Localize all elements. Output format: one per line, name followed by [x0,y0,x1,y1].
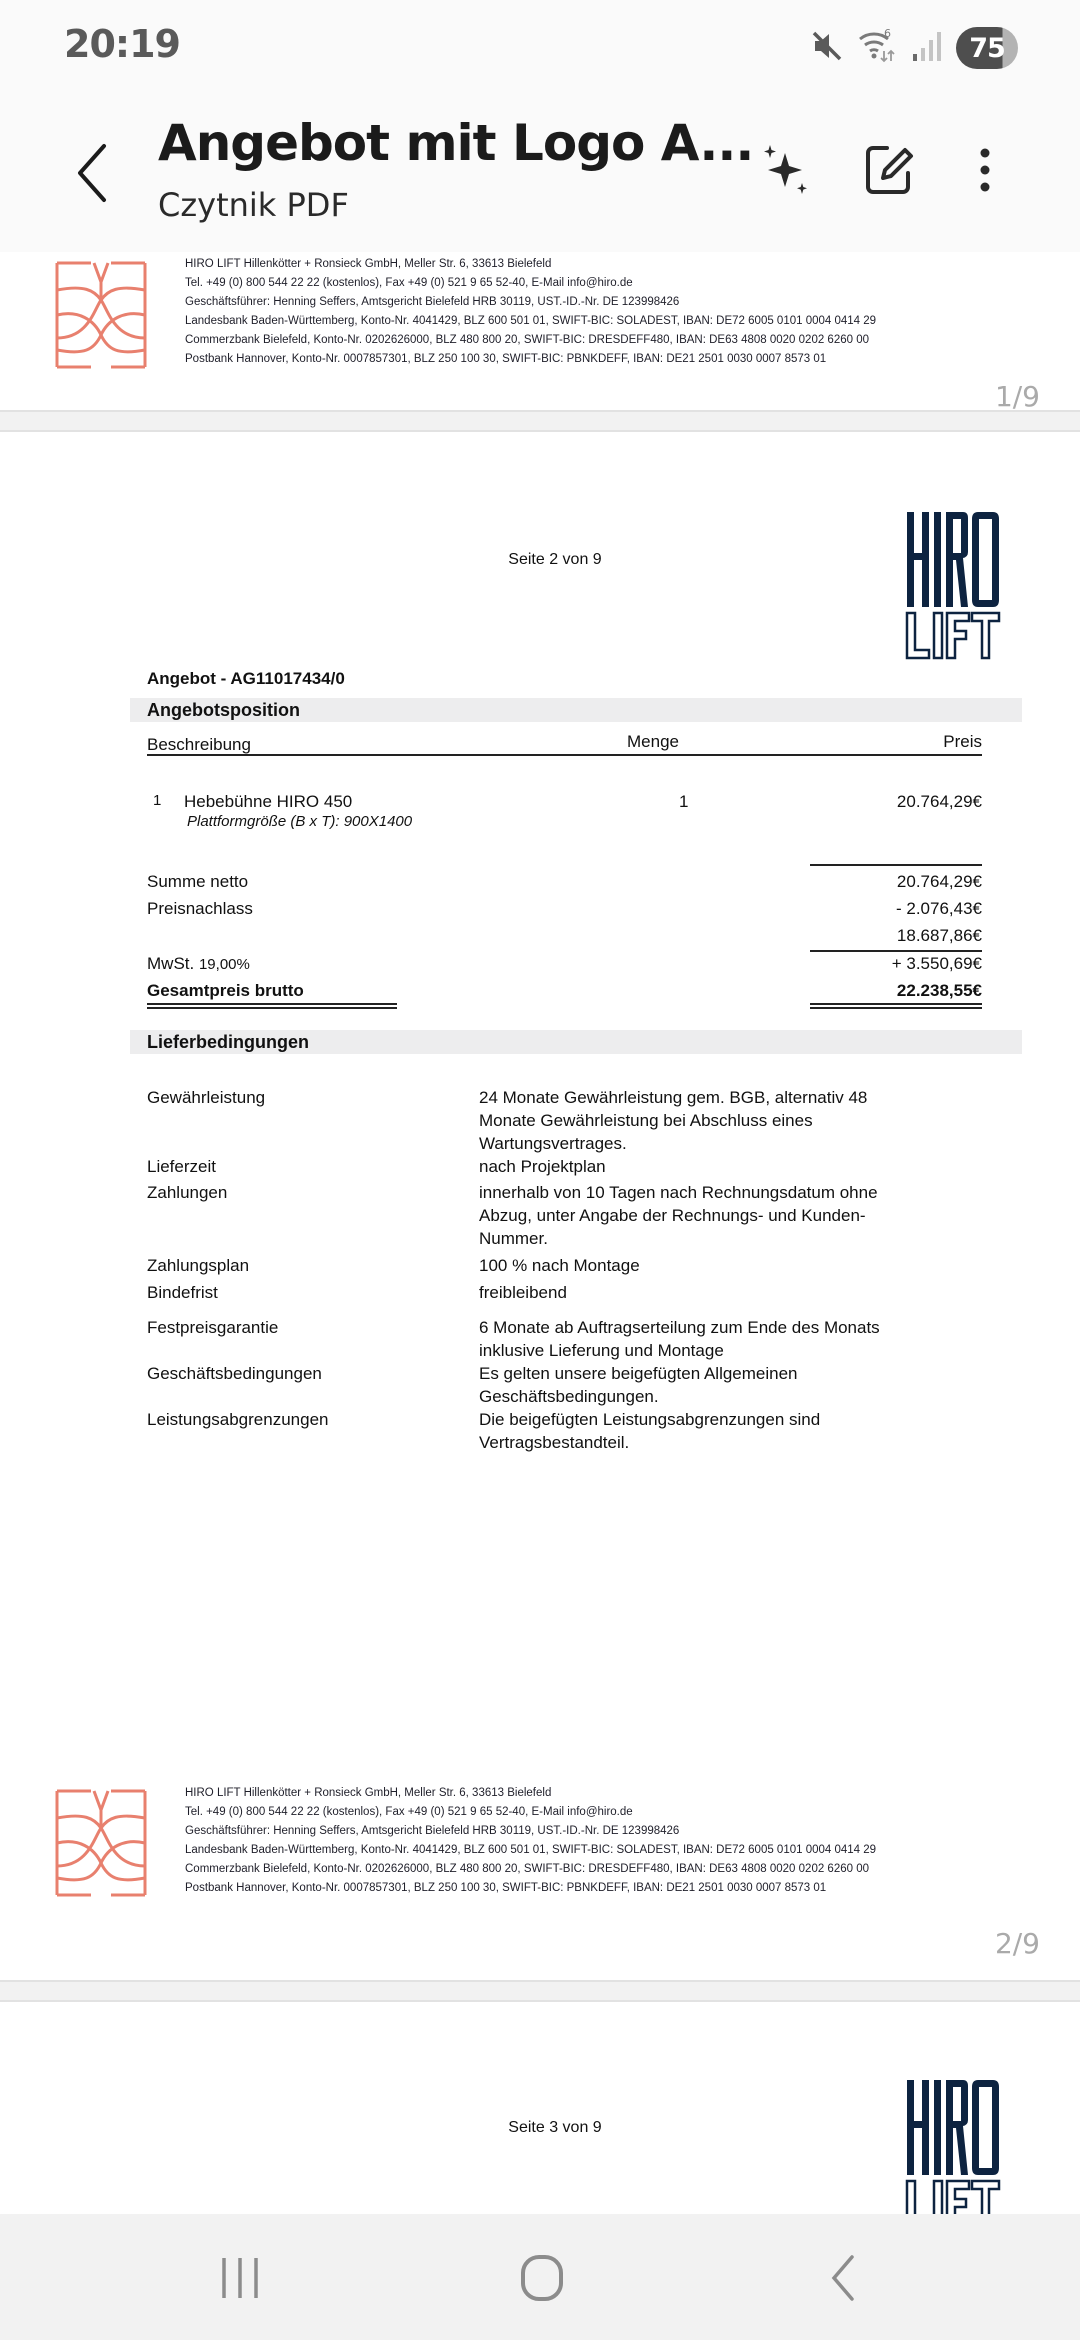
hiro-lift-logo [905,2078,1001,2214]
battery-indicator: 75 [956,27,1018,69]
gross-value-double-rule [810,1003,982,1009]
company-footer: HIRO LIFT Hillenkötter + Ronsieck GmbH, … [185,1784,876,1898]
mute-icon [810,29,844,68]
signal-icon [912,30,942,67]
more-options-icon [975,143,995,197]
back-icon [822,2253,866,2303]
ai-sparkle-icon [758,143,812,197]
discount-row: Preisnachlass - 2.076,43€ [147,899,982,921]
gross-label-double-rule [147,1003,397,1009]
table-row: 1 Hebebühne HIRO 450 1 20.764,29€ Plattf… [147,792,982,836]
back-arrow-icon [70,140,116,206]
home-icon [517,2253,567,2303]
nav-back-button[interactable] [804,2250,884,2306]
item-detail: Plattformgröße (B x T): 900X1400 [187,813,412,830]
status-icons: 6 75 [810,26,1018,70]
company-footer: HIRO LIFT Hillenkötter + Ronsieck GmbH, … [185,255,876,369]
pdf-page-1: HIRO LIFT Hillenkötter + Ronsieck GmbH, … [0,252,1080,410]
document-title: Angebot mit Logo A... [158,114,753,172]
positions-table-header: Beschreibung Menge Preis [147,732,982,756]
back-button[interactable] [70,140,116,206]
svg-text:6: 6 [884,27,891,40]
page-indicator: 1/9 [995,380,1040,413]
hiro-footer-logo-icon [54,1788,148,1898]
home-button[interactable] [502,2250,582,2306]
recent-apps-button[interactable] [200,2250,280,2306]
vat-row: MwSt. 19,00% + 3.550,69€ [147,954,982,976]
system-nav-bar [0,2214,1080,2340]
summe-netto-row: Summe netto 20.764,29€ [147,872,982,894]
item-name: Hebebühne HIRO 450 [184,792,352,812]
page-indicator: 2/9 [995,1927,1040,1960]
col-quantity: Menge [627,732,679,752]
status-time: 20:19 [64,22,180,66]
page-divider [0,1980,1080,2002]
item-position: 1 [153,792,161,809]
recent-apps-icon [218,2256,262,2300]
sum-rule [810,864,982,866]
col-price: Preis [943,732,982,752]
pdf-page-3: Seite 3 von 9 [0,2002,1080,2214]
ai-assist-button[interactable] [755,140,815,200]
app-subtitle: Czytnik PDF [158,186,349,224]
pdf-page-2: Seite 2 von 9 Angebot - AG11017434/0 Ang… [0,432,1080,1980]
pdf-viewer[interactable]: HIRO LIFT Hillenkötter + Ronsieck GmbH, … [0,252,1080,2214]
col-description: Beschreibung [147,735,251,755]
wifi-6-icon: 6 [858,27,898,70]
status-bar: 20:19 6 75 [0,0,1080,100]
item-quantity: 1 [679,792,688,812]
page-divider [0,410,1080,432]
hiro-lift-logo [905,510,1001,660]
more-options-button[interactable] [955,140,1015,200]
hiro-footer-logo-icon [54,260,148,370]
app-bar: Angebot mit Logo A... Czytnik PDF [0,100,1080,252]
gross-total-row: Gesamtpreis brutto 22.238,55€ [147,981,982,1003]
item-price: 20.764,29€ [897,792,982,812]
subtotal-rule [810,950,982,952]
offer-number: Angebot - AG11017434/0 [147,669,345,689]
vat-rate: 19,00% [199,956,250,973]
subtotal-row: 18.687,86€ [147,926,982,948]
section-lieferbedingungen: Lieferbedingungen [130,1030,1022,1054]
edit-icon [863,143,917,197]
edit-button[interactable] [860,140,920,200]
section-angebotsposition: Angebotsposition [130,698,1022,722]
